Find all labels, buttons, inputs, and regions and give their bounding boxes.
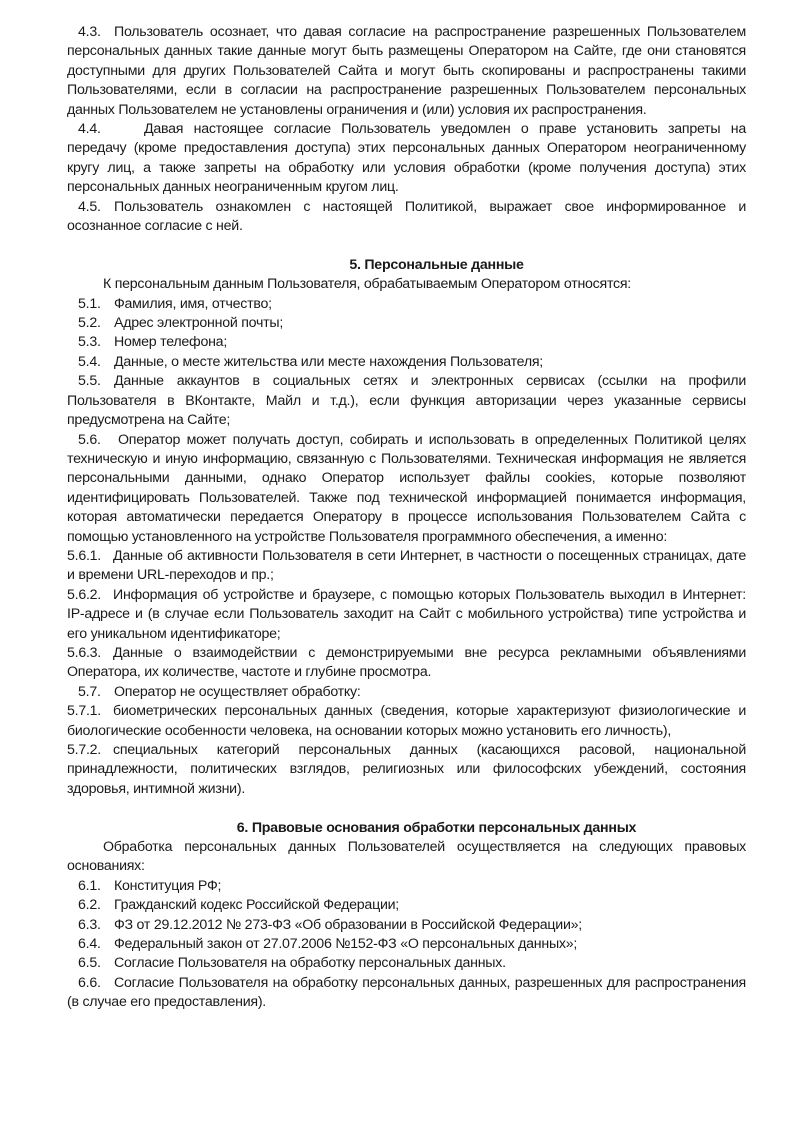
clause-5-6-1: 5.6.1.Данные об активности Пользователя … <box>67 547 746 586</box>
spacer <box>67 236 746 255</box>
clause-5-6-2: 5.6.2.Информация об устройстве и браузер… <box>67 586 746 644</box>
clause-number: 5.6.3. <box>67 644 113 663</box>
clause-number: 5.5. <box>78 372 114 391</box>
clause-6-2: 6.2.Гражданский кодекс Российской Федера… <box>67 896 746 915</box>
clause-number: 6.3. <box>78 916 114 935</box>
clause-text: Фамилия, имя, отчество; <box>114 296 272 312</box>
clause-text: Оператор может получать доступ, собирать… <box>67 432 746 545</box>
clause-number: 5.6.1. <box>67 547 113 566</box>
clause-5-4: 5.4.Данные, о месте жительства или месте… <box>67 353 746 372</box>
clause-6-1: 6.1.Конституция РФ; <box>67 877 746 896</box>
clause-text: Данные об активности Пользователя в сети… <box>67 548 746 583</box>
clause-number: 6.2. <box>78 896 114 915</box>
clause-text: специальных категорий персональных данны… <box>67 742 746 797</box>
clause-5-6-3: 5.6.3.Данные о взаимодействии с демонстр… <box>67 644 746 683</box>
clause-text: Федеральный закон от 27.07.2006 №152-ФЗ … <box>114 936 577 952</box>
clause-number: 5.7.2. <box>67 741 113 760</box>
clause-text: Номер телефона; <box>114 334 227 350</box>
clause-number: 5.7.1. <box>67 702 113 721</box>
section-6-intro: Обработка персональных данных Пользовате… <box>67 838 746 877</box>
clause-text: Пользователь осознает, что давая согласи… <box>67 24 746 118</box>
clause-5-1: 5.1.Фамилия, имя, отчество; <box>67 295 746 314</box>
clause-4-3: 4.3.Пользователь осознает, что давая сог… <box>67 23 746 120</box>
clause-number: 5.7. <box>78 683 114 702</box>
document-page: 4.3.Пользователь осознает, что давая сог… <box>67 23 746 1013</box>
clause-5-7-2: 5.7.2.специальных категорий персональных… <box>67 741 746 799</box>
section-5-heading: 5. Персональные данные <box>67 256 746 275</box>
clause-number: 5.6. <box>78 431 118 450</box>
clause-number: 4.4. <box>78 120 144 139</box>
section-5-intro: К персональным данным Пользователя, обра… <box>67 275 746 294</box>
clause-text: Гражданский кодекс Российской Федерации; <box>114 897 399 913</box>
clause-4-4: 4.4.Давая настоящее согласие Пользовател… <box>67 120 746 198</box>
clause-number: 4.5. <box>78 198 114 217</box>
clause-number: 5.4. <box>78 353 114 372</box>
clause-text: Давая настоящее согласие Пользователь ув… <box>67 121 746 195</box>
section-6-heading: 6. Правовые основания обработки персонал… <box>67 819 746 838</box>
clause-text: Данные аккаунтов в социальных сетях и эл… <box>67 373 746 428</box>
clause-number: 5.2. <box>78 314 114 333</box>
clause-number: 6.4. <box>78 935 114 954</box>
clause-number: 5.1. <box>78 295 114 314</box>
clause-number: 6.6. <box>78 974 114 993</box>
clause-number: 6.5. <box>78 954 114 973</box>
clause-text: Информация об устройстве и браузере, с п… <box>67 587 746 642</box>
clause-number: 4.3. <box>78 23 114 42</box>
clause-5-7-1: 5.7.1.биометрических персональных данных… <box>67 702 746 741</box>
clause-text: Конституция РФ; <box>114 878 221 894</box>
clause-text: Адрес электронной почты; <box>114 315 283 331</box>
clause-number: 5.6.2. <box>67 586 113 605</box>
spacer <box>67 799 746 818</box>
clause-5-6: 5.6.Оператор может получать доступ, соби… <box>67 431 746 547</box>
clause-5-2: 5.2.Адрес электронной почты; <box>67 314 746 333</box>
clause-text: Согласие Пользователя на обработку персо… <box>67 975 746 1010</box>
clause-number: 5.3. <box>78 333 114 352</box>
clause-6-5: 6.5.Согласие Пользователя на обработку п… <box>67 954 746 973</box>
clause-6-6: 6.6.Согласие Пользователя на обработку п… <box>67 974 746 1013</box>
clause-5-3: 5.3.Номер телефона; <box>67 333 746 352</box>
clause-text: Согласие Пользователя на обработку персо… <box>114 955 506 971</box>
clause-number: 6.1. <box>78 877 114 896</box>
clause-text: Оператор не осуществляет обработку: <box>114 684 361 700</box>
clause-5-7: 5.7.Оператор не осуществляет обработку: <box>67 683 746 702</box>
clause-4-5: 4.5.Пользователь ознакомлен с настоящей … <box>67 198 746 237</box>
clause-text: Данные, о месте жительства или месте нах… <box>114 354 543 370</box>
clause-text: Данные о взаимодействии с демонстрируемы… <box>67 645 746 680</box>
clause-6-3: 6.3.ФЗ от 29.12.2012 № 273-ФЗ «Об образо… <box>67 916 746 935</box>
clause-6-4: 6.4.Федеральный закон от 27.07.2006 №152… <box>67 935 746 954</box>
clause-5-5: 5.5.Данные аккаунтов в социальных сетях … <box>67 372 746 430</box>
clause-text: биометрических персональных данных (свед… <box>67 703 746 738</box>
clause-text: Пользователь ознакомлен с настоящей Поли… <box>67 199 746 234</box>
clause-text: ФЗ от 29.12.2012 № 273-ФЗ «Об образовани… <box>114 917 582 933</box>
